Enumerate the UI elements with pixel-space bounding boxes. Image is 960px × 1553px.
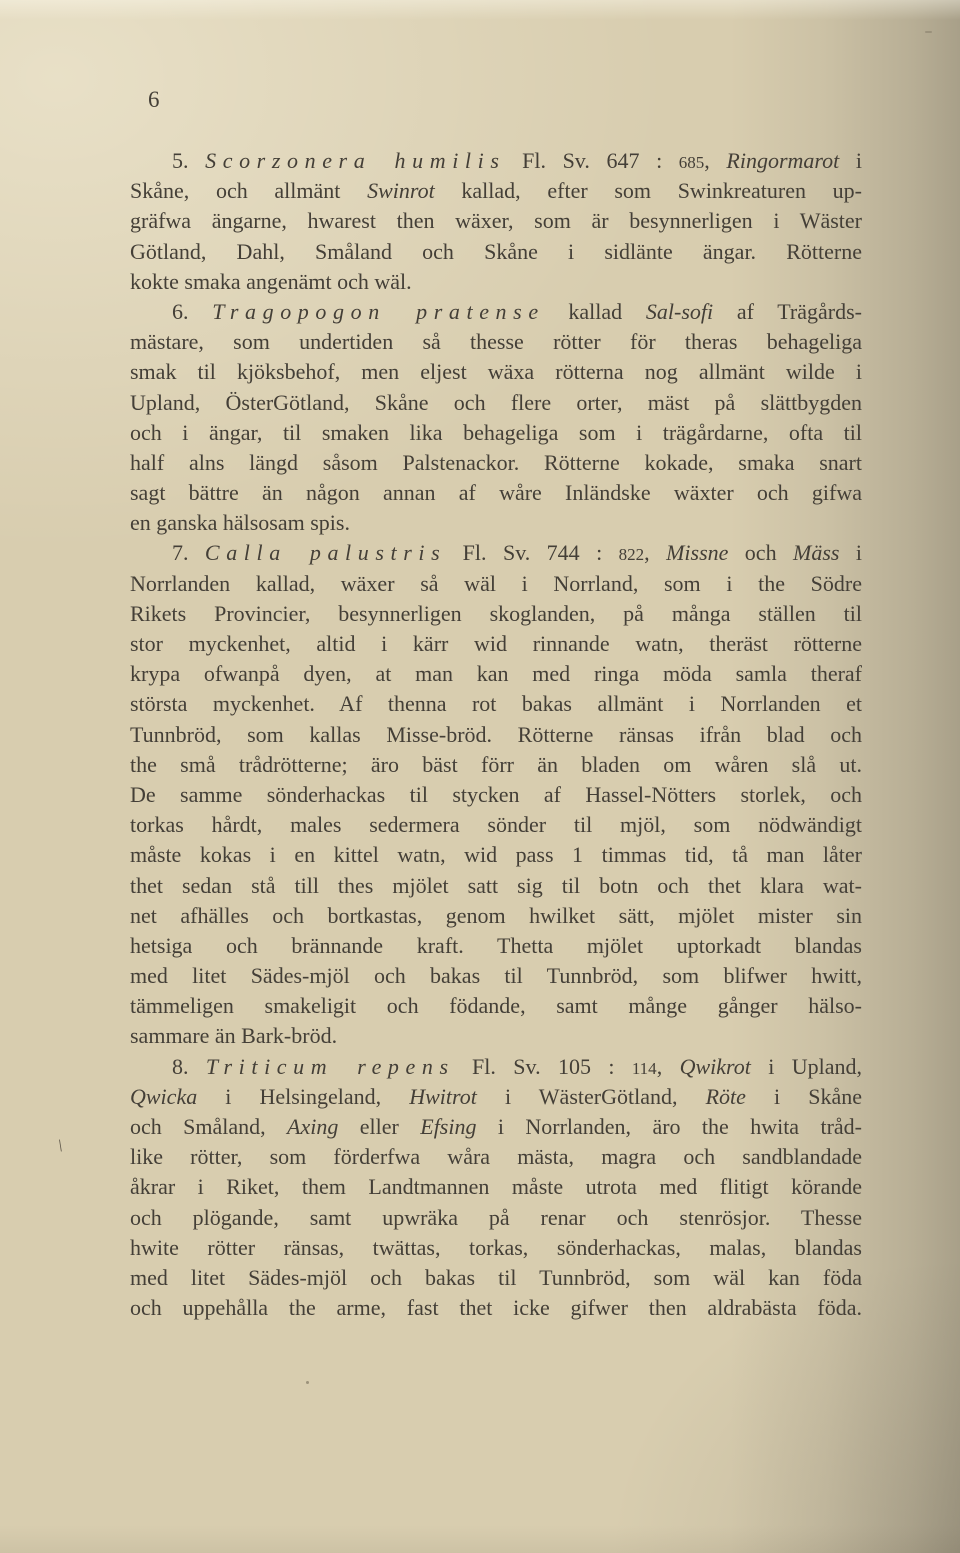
text-line: gräfwa ängarne, hwarest then wäxer, som … [130, 206, 862, 236]
text-line: the små trådrötterne; äro bäst förr än b… [130, 750, 862, 780]
text-line: och Småland, Axing eller Efsing i Norrla… [130, 1112, 862, 1142]
text-line: 7. Calla palustris Fl. Sv. 744 : 822, Mi… [130, 538, 862, 568]
text-line: net afhälles och bortkastas, genom hwilk… [130, 901, 862, 931]
text-line: Skåne, och allmänt Swinrot kallad, efter… [130, 176, 862, 206]
text-line: Upland, ÖsterGötland, Skåne och flere or… [130, 388, 862, 418]
text-line: sagt bättre än någon annan af wåre Inlän… [130, 478, 862, 508]
text-line: och i ängar, til smaken lika behageliga … [130, 418, 862, 448]
text-line: 5. Scorzonera humilis Fl. Sv. 647 : 685,… [130, 146, 862, 176]
text-line: och plögande, samt upwräka på renar och … [130, 1203, 862, 1233]
text-block: 5. Scorzonera humilis Fl. Sv. 647 : 685,… [130, 146, 862, 1323]
page-number: 6 [148, 88, 160, 111]
text-line: De samme sönderhackas til stycken af Has… [130, 780, 862, 810]
text-line: sammare än Bark-bröd. [130, 1021, 862, 1051]
text-line: Götland, Dahl, Småland och Skåne i sidlä… [130, 237, 862, 267]
text-line: Qwicka i Helsingeland, Hwitrot i WästerG… [130, 1082, 862, 1112]
text-line: kokte smaka angenämt och wäl. [130, 267, 862, 297]
text-line: mästare, som undertiden så thesse rötter… [130, 327, 862, 357]
margin-mark: \ [56, 1136, 64, 1157]
text-line: smak til kjöksbehof, men eljest wäxa röt… [130, 357, 862, 387]
text-line: hwite rötter ränsas, twättas, torkas, sö… [130, 1233, 862, 1263]
text-line: like rötter, som förderfwa wåra mästa, m… [130, 1142, 862, 1172]
text-line: åkrar i Riket, them Landtmannen måste ut… [130, 1172, 862, 1202]
text-line: Tunnbröd, som kallas Misse-bröd. Röttern… [130, 720, 862, 750]
text-line: och uppehålla the arme, fast thet icke g… [130, 1293, 862, 1323]
text-line: 6. Tragopogon pratense kallad Sal-sofi a… [130, 297, 862, 327]
text-line: tämmeligen smakeligit och födande, samt … [130, 991, 862, 1021]
text-line: största myckenhet. Af thenna rot bakas a… [130, 689, 862, 719]
paper-edge-artifact [925, 31, 932, 33]
text-line: torkas hårdt, males sedermera sönder til… [130, 810, 862, 840]
paper-speck [306, 1381, 309, 1384]
text-line: half alns längd såsom Palstenackor. Rött… [130, 448, 862, 478]
text-line: Rikets Provincier, besynnerligen skoglan… [130, 599, 862, 629]
book-page-scan: 6 5. Scorzonera humilis Fl. Sv. 647 : 68… [0, 0, 960, 1553]
text-line: thet sedan stå till thes mjölet satt sig… [130, 871, 862, 901]
text-line: måste kokas i en kittel watn, wid pass 1… [130, 840, 862, 870]
text-line: 8. Triticum repens Fl. Sv. 105 : 114, Qw… [130, 1052, 862, 1082]
text-line: med litet Sädes-mjöl och bakas til Tunnb… [130, 1263, 862, 1293]
text-line: med litet Sädes-mjöl och bakas til Tunnb… [130, 961, 862, 991]
text-line: stor myckenhet, altid i kärr wid rinnand… [130, 629, 862, 659]
text-line: Norrlanden kallad, wäxer så wäl i Norrla… [130, 569, 862, 599]
text-line: en ganska hälsosam spis. [130, 508, 862, 538]
text-line: krypa ofwanpå dyen, at man kan med ringa… [130, 659, 862, 689]
text-line: hetsiga och brännande kraft. Thetta mjöl… [130, 931, 862, 961]
